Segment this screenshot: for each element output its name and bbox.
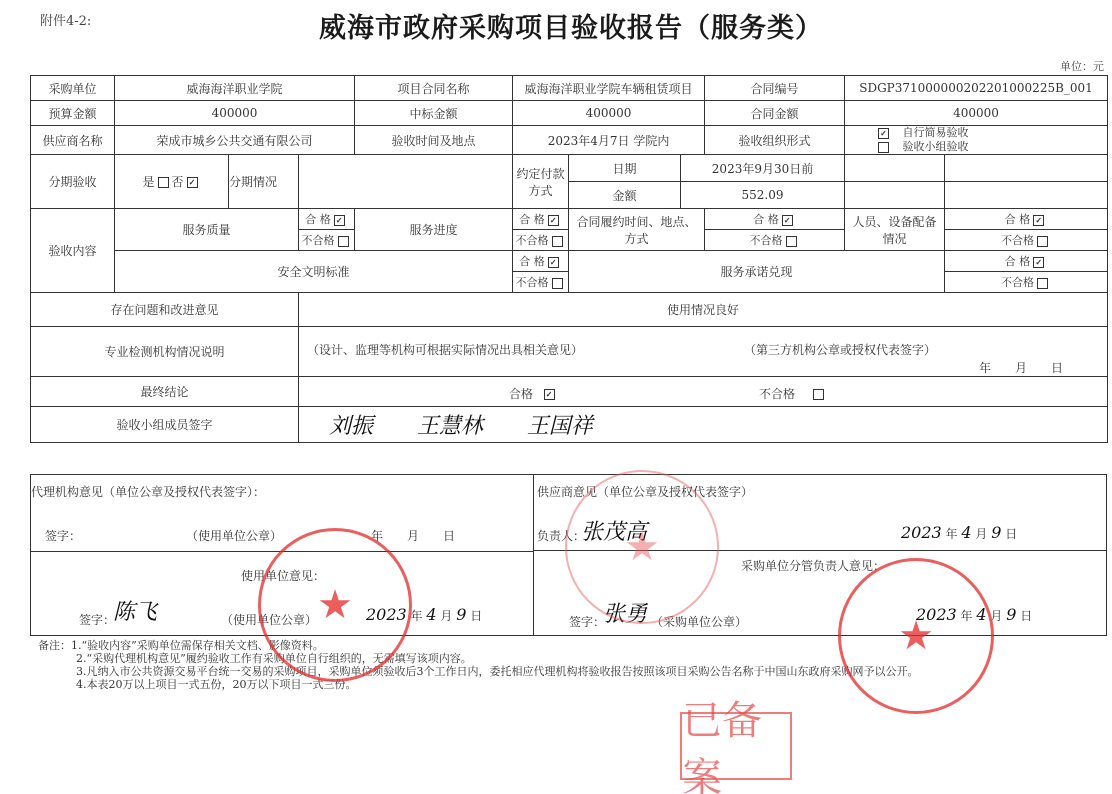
payment-date-value: 2023年9月30日前 — [681, 155, 845, 182]
payment-label: 约定付款方式 — [513, 155, 569, 209]
checkbox-checked-icon[interactable] — [548, 257, 559, 268]
checkbox-checked-icon[interactable] — [1033, 257, 1044, 268]
inspection-value: （设计、监理等机构可根据实际情况出具相关意见） （第三方机构公章或授权代表签字）… — [299, 327, 1108, 377]
budget-value: 400000 — [115, 101, 355, 126]
checkbox-empty-icon[interactable] — [813, 389, 824, 400]
purchaser-head-sign-label: 签字： — [569, 613, 605, 630]
checkbox-checked-icon[interactable] — [548, 215, 559, 226]
content-item-label: 服务承诺兑现 — [569, 251, 945, 293]
conclusion-label: 最终结论 — [31, 377, 299, 407]
checkbox-checked-icon[interactable] — [782, 215, 793, 226]
purchaser-label: 采购单位 — [31, 76, 115, 101]
checkbox-empty-icon[interactable] — [878, 142, 889, 153]
note-item: 备注：1.“验收内容”采购单位需保存相关文档、影像资料。 — [38, 639, 919, 652]
agency-seal-note: （使用单位公章） — [186, 527, 282, 544]
seal-stamp-icon: ★ — [258, 528, 412, 682]
contract-no-label: 合同编号 — [705, 76, 845, 101]
agency-sign-label: 签字： — [45, 527, 81, 544]
team-signatures: 刘振 王慧林 王国祥 — [299, 407, 1108, 443]
content-item-label: 安全文明标准 — [115, 251, 513, 293]
checkbox-checked-icon[interactable] — [1033, 215, 1044, 226]
installment-detail-label: 分期情况 — [229, 155, 299, 209]
checkbox-empty-icon[interactable] — [552, 278, 563, 289]
seal-stamp-icon: ★ — [565, 470, 719, 624]
org-form-options: 自行简易验收 验收小组验收 — [845, 126, 1108, 155]
content-item-label: 服务质量 — [115, 209, 299, 251]
content-label: 验收内容 — [31, 209, 115, 293]
note-item: 3.凡纳入市公共资源交易平台统一交易的采购项目，采购单位须验收后3个工作日内，委… — [38, 665, 919, 678]
supplier-value: 荣成市城乡公共交通有限公司 — [115, 126, 355, 155]
installment-yes-no: 是否 — [115, 155, 229, 209]
checkbox-empty-icon[interactable] — [1037, 236, 1048, 247]
org-form-option[interactable]: 自行简易验收 — [875, 126, 1105, 140]
filed-stamp: 已备案 — [680, 712, 792, 780]
page-title: 威海市政府采购项目验收报告（服务类） — [0, 6, 1112, 45]
content-item-label: 合同履约时间、地点、方式 — [569, 209, 705, 251]
content-item-label: 人员、设备配备情况 — [845, 209, 945, 251]
org-form-label: 验收组织形式 — [705, 126, 845, 155]
content-item-label: 服务进度 — [355, 209, 513, 251]
supplier-date: 2023 年 4 月 9 日 — [901, 523, 1017, 542]
accept-time-label: 验收时间及地点 — [355, 126, 513, 155]
notes: 备注：1.“验收内容”采购单位需保存相关文档、影像资料。 2.“采购代理机构意见… — [38, 639, 919, 691]
budget-label: 预算金额 — [31, 101, 115, 126]
inspection-label: 专业检测机构情况说明 — [31, 327, 299, 377]
purchaser-head-title: 采购单位分管负责人意见： — [741, 557, 885, 574]
checkbox-checked-icon[interactable] — [878, 128, 889, 139]
installment-label: 分期验收 — [31, 155, 115, 209]
issues-value: 使用情况良好 — [299, 293, 1108, 327]
project-name-label: 项目合同名称 — [355, 76, 513, 101]
contract-no-value: SDGP371000000202201000225B_001 — [845, 76, 1108, 101]
payment-amount-value: 552.09 — [681, 182, 845, 209]
bid-amount-value: 400000 — [513, 101, 705, 126]
checkbox-checked-icon[interactable] — [187, 177, 198, 188]
checkbox-checked-icon[interactable] — [334, 215, 345, 226]
user-unit-signature: 陈飞 — [113, 595, 157, 626]
user-unit-sign-label: 签字： — [79, 611, 115, 628]
checkbox-empty-icon[interactable] — [786, 236, 797, 247]
project-name-value: 威海海洋职业学院车辆租赁项目 — [513, 76, 705, 101]
contract-amount-label: 合同金额 — [705, 101, 845, 126]
team-sign-label: 验收小组成员签字 — [31, 407, 299, 443]
supplier-label: 供应商名称 — [31, 126, 115, 155]
accept-time-value: 2023年4月7日 学院内 — [513, 126, 705, 155]
payment-amount-label: 金额 — [569, 182, 681, 209]
purchaser-value: 威海海洋职业学院 — [115, 76, 355, 101]
checkbox-checked-icon[interactable] — [544, 389, 555, 400]
payment-date-label: 日期 — [569, 155, 681, 182]
contract-amount-value: 400000 — [845, 101, 1108, 126]
agency-date: 年 月 日 — [371, 527, 455, 544]
note-item: 2.“采购代理机构意见”履约验收工作有采购单位自行组织的，无需填写该项内容。 — [38, 652, 919, 665]
report-table: 采购单位 威海海洋职业学院 项目合同名称 威海海洋职业学院车辆租赁项目 合同编号… — [30, 75, 1108, 443]
seal-stamp-icon: ★ — [838, 558, 994, 714]
conclusion-value: 合格 不合格 — [299, 377, 1108, 407]
org-form-option[interactable]: 验收小组验收 — [875, 140, 1105, 154]
issues-label: 存在问题和改进意见 — [31, 293, 299, 327]
installment-detail-value — [299, 155, 513, 209]
bid-amount-label: 中标金额 — [355, 101, 513, 126]
unit-label: 单位：元 — [1060, 58, 1104, 74]
checkbox-empty-icon[interactable] — [158, 177, 169, 188]
checkbox-empty-icon[interactable] — [338, 236, 349, 247]
checkbox-empty-icon[interactable] — [1037, 278, 1048, 289]
agency-title: 代理机构意见（单位公章及授权代表签字）： — [31, 483, 265, 500]
checkbox-empty-icon[interactable] — [552, 236, 563, 247]
